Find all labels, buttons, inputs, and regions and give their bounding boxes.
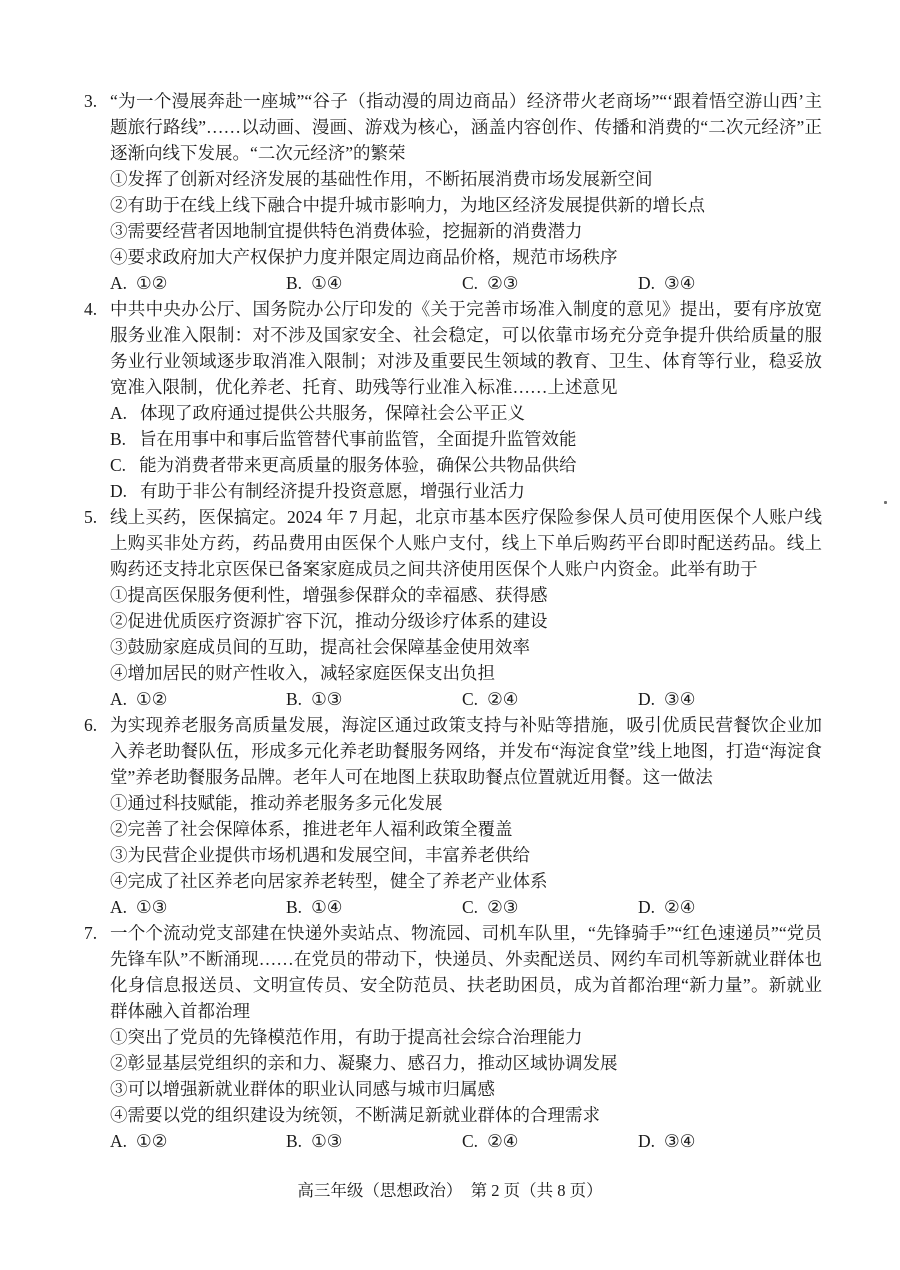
option-text: 旨在用事中和事后监管替代事前监管，全面提升监管效能 [139, 429, 577, 449]
statement-1: ①发挥了创新对经济发展的基础性作用，不断拓展消费市场发展新空间 [110, 166, 822, 192]
option-text: 体现了政府通过提供公共服务，保障社会公平正义 [140, 403, 525, 423]
choice-b: B.①③ [286, 1128, 462, 1154]
choice-value: ①③ [136, 897, 167, 917]
question-number: 3. [84, 88, 108, 114]
choice-b: B.①④ [286, 894, 462, 920]
scan-speck [884, 501, 887, 504]
choice-label: D. [638, 270, 655, 296]
question-4: 4. 中共中央办公厅、国务院办公厅印发的《关于完善市场准入制度的意见》提出，要有… [0, 296, 900, 504]
statement-2: ②彰显基层党组织的亲和力、凝聚力、感召力，推动区域协调发展 [110, 1050, 822, 1076]
statement-3: ③为民营企业提供市场机遇和发展空间，丰富养老供给 [110, 842, 822, 868]
choice-value: ①④ [311, 273, 342, 293]
statement-2: ②促进优质医疗资源扩容下沉，推动分级诊疗体系的建设 [110, 608, 822, 634]
question-number: 4. [84, 296, 108, 322]
choice-c: C.②③ [462, 270, 638, 296]
option-label: D. [110, 478, 127, 504]
statement-2: ②有助于在线上线下融合中提升城市影响力，为地区经济发展提供新的增长点 [110, 192, 822, 218]
choice-label: A. [110, 1128, 127, 1154]
choice-b: B.①③ [286, 686, 462, 712]
choice-value: ②③ [487, 897, 518, 917]
choice-label: B. [286, 1128, 302, 1154]
choice-value: ③④ [664, 273, 695, 293]
choice-value: ①② [136, 689, 167, 709]
choice-value: ②④ [487, 689, 518, 709]
page-footer: 高三年级（思想政治） 第 2 页（共 8 页） [0, 1178, 900, 1204]
choice-label: B. [286, 686, 302, 712]
choice-label: C. [462, 686, 478, 712]
choice-d: D.②④ [638, 894, 695, 920]
choice-b: B.①④ [286, 270, 462, 296]
choice-value: ①② [136, 273, 167, 293]
choice-d: D.③④ [638, 1128, 695, 1154]
choice-d: D.③④ [638, 686, 695, 712]
choice-label: D. [638, 894, 655, 920]
choice-row: A.①② B.①④ C.②③ D.③④ [110, 270, 822, 296]
option-label: B. [110, 426, 126, 452]
choice-a: A.①② [110, 1128, 286, 1154]
choice-a: A.①② [110, 270, 286, 296]
statement-3: ③可以增强新就业群体的职业认同感与城市归属感 [110, 1076, 822, 1102]
statement-4: ④需要以党的组织建设为统领，不断满足新就业群体的合理需求 [110, 1102, 822, 1128]
choice-value: ①③ [311, 1131, 342, 1151]
choice-value: ①③ [311, 689, 342, 709]
choice-label: A. [110, 270, 127, 296]
option-b: B.旨在用事中和事后监管替代事前监管，全面提升监管效能 [110, 426, 822, 452]
option-c: C.能为消费者带来更高质量的服务体验，确保公共物品供给 [110, 452, 822, 478]
exam-page: 3. “为一个漫展奔赴一座城”“谷子（指动漫的周边商品）经济带火老商场”“‘跟着… [0, 0, 900, 1154]
option-label: C. [110, 452, 126, 478]
choice-label: C. [462, 894, 478, 920]
question-number: 6. [84, 712, 108, 738]
statement-4: ④增加居民的财产性收入，减轻家庭医保支出负担 [110, 660, 822, 686]
choice-value: ①④ [311, 897, 342, 917]
choice-row: A.①② B.①③ C.②④ D.③④ [110, 686, 822, 712]
statement-4: ④完成了社区养老向居家养老转型，健全了养老产业体系 [110, 868, 822, 894]
choice-c: C.②③ [462, 894, 638, 920]
choice-c: C.②④ [462, 1128, 638, 1154]
option-a: A.体现了政府通过提供公共服务，保障社会公平正义 [110, 400, 822, 426]
option-d: D.有助于非公有制经济提升投资意愿，增强行业活力 [110, 478, 822, 504]
question-stem: “为一个漫展奔赴一座城”“谷子（指动漫的周边商品）经济带火老商场”“‘跟着悟空游… [110, 88, 822, 166]
choice-row: A.①② B.①③ C.②④ D.③④ [110, 1128, 822, 1154]
question-stem: 为实现养老服务高质量发展，海淀区通过政策支持与补贴等措施，吸引优质民营餐饮企业加… [110, 712, 822, 790]
question-stem: 一个个流动党支部建在快递外卖站点、物流园、司机车队里，“先锋骑手”“红色速递员”… [110, 920, 822, 1024]
option-label: A. [110, 400, 127, 426]
choice-d: D.③④ [638, 270, 695, 296]
choice-c: C.②④ [462, 686, 638, 712]
question-6: 6. 为实现养老服务高质量发展，海淀区通过政策支持与补贴等措施，吸引优质民营餐饮… [0, 712, 900, 920]
choice-row: A.①③ B.①④ C.②③ D.②④ [110, 894, 822, 920]
question-5: 5. 线上买药，医保搞定。2024 年 7 月起，北京市基本医疗保险参保人员可使… [0, 504, 900, 712]
statement-3: ③需要经营者因地制宜提供特色消费体验，挖掘新的消费潜力 [110, 218, 822, 244]
choice-label: A. [110, 686, 127, 712]
statement-4: ④要求政府加大产权保护力度并限定周边商品价格，规范市场秩序 [110, 244, 822, 270]
question-number: 7. [84, 920, 108, 946]
choice-label: B. [286, 270, 302, 296]
statement-2: ②完善了社会保障体系，推进老年人福利政策全覆盖 [110, 816, 822, 842]
option-text: 能为消费者带来更高质量的服务体验，确保公共物品供给 [139, 455, 577, 475]
choice-label: A. [110, 894, 127, 920]
choice-value: ②③ [487, 273, 518, 293]
statement-1: ①通过科技赋能，推动养老服务多元化发展 [110, 790, 822, 816]
question-stem: 中共中央办公厅、国务院办公厅印发的《关于完善市场准入制度的意见》提出，要有序放宽… [110, 296, 822, 400]
choice-label: D. [638, 686, 655, 712]
choice-value: ③④ [664, 689, 695, 709]
option-text: 有助于非公有制经济提升投资意愿，增强行业活力 [140, 481, 525, 501]
choice-a: A.①③ [110, 894, 286, 920]
statement-1: ①提高医保服务便利性，增强参保群众的幸福感、获得感 [110, 582, 822, 608]
choice-value: ③④ [664, 1131, 695, 1151]
choice-label: D. [638, 1128, 655, 1154]
question-stem: 线上买药，医保搞定。2024 年 7 月起，北京市基本医疗保险参保人员可使用医保… [110, 504, 822, 582]
choice-label: B. [286, 894, 302, 920]
question-3: 3. “为一个漫展奔赴一座城”“谷子（指动漫的周边商品）经济带火老商场”“‘跟着… [0, 88, 900, 296]
choice-label: C. [462, 270, 478, 296]
choice-label: C. [462, 1128, 478, 1154]
choice-value: ①② [136, 1131, 167, 1151]
question-number: 5. [84, 504, 108, 530]
choice-a: A.①② [110, 686, 286, 712]
statement-1: ①突出了党员的先锋模范作用，有助于提高社会综合治理能力 [110, 1024, 822, 1050]
statement-3: ③鼓励家庭成员间的互助，提高社会保障基金使用效率 [110, 634, 822, 660]
question-7: 7. 一个个流动党支部建在快递外卖站点、物流园、司机车队里，“先锋骑手”“红色速… [0, 920, 900, 1154]
choice-value: ②④ [664, 897, 695, 917]
choice-value: ②④ [487, 1131, 518, 1151]
